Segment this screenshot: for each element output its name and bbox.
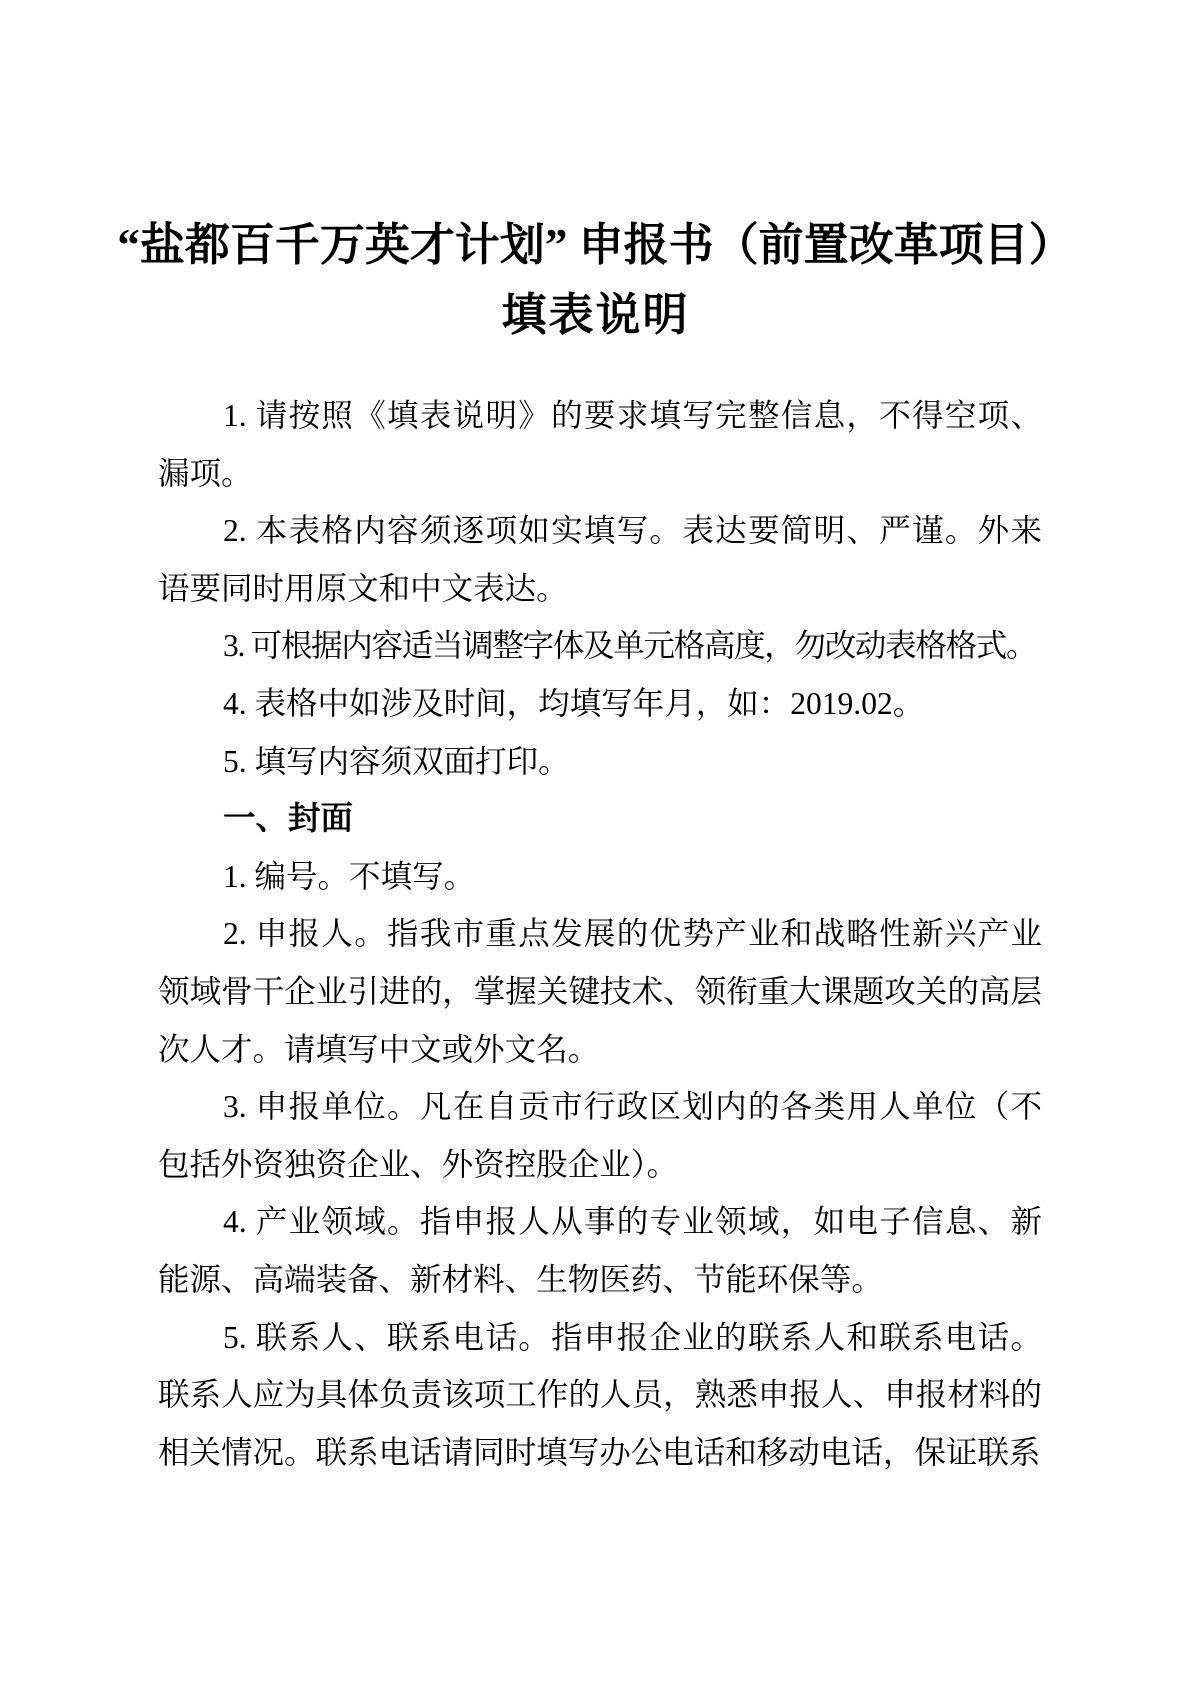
cover-note-2: 2. 申报人。指我市重点发展的优势产业和战略性新兴产业领域骨干企业引进的，掌握关… [158, 905, 1042, 1078]
general-note-4: 4. 表格中如涉及时间，均填写年月，如：2019.02。 [158, 675, 1042, 733]
cover-note-4: 4. 产业领域。指申报人从事的专业领域，如电子信息、新能源、高端装备、新材料、生… [158, 1193, 1042, 1308]
cover-note-5: 5. 联系人、联系电话。指申报企业的联系人和联系电话。联系人应为具体负责该项工作… [158, 1309, 1042, 1482]
cover-note-3: 3. 申报单位。凡在自贡市行政区划内的各类用人单位（不包括外资独资企业、外资控股… [158, 1078, 1042, 1193]
general-note-5: 5. 填写内容须双面打印。 [158, 733, 1042, 791]
document-title-line1: “盐都百千万英才计划” 申报书（前置改革项目） [0, 210, 1191, 280]
general-note-2: 2. 本表格内容须逐项如实填写。表达要简明、严谨。外来语要同时用原文和中文表达。 [158, 502, 1042, 617]
document-page: “盐都百千万英才计划” 申报书（前置改革项目） 填表说明 1. 请按照《填表说明… [0, 0, 1191, 1684]
document-title-line2: 填表说明 [0, 280, 1191, 350]
general-note-3: 3. 可根据内容适当调整字体及单元格高度，勿改动表格格式。 [158, 617, 1042, 675]
general-note-1: 1. 请按照《填表说明》的要求填写完整信息，不得空项、漏项。 [158, 387, 1042, 502]
cover-note-1: 1. 编号。不填写。 [158, 848, 1042, 906]
section-heading-cover: 一、封面 [158, 790, 1042, 848]
